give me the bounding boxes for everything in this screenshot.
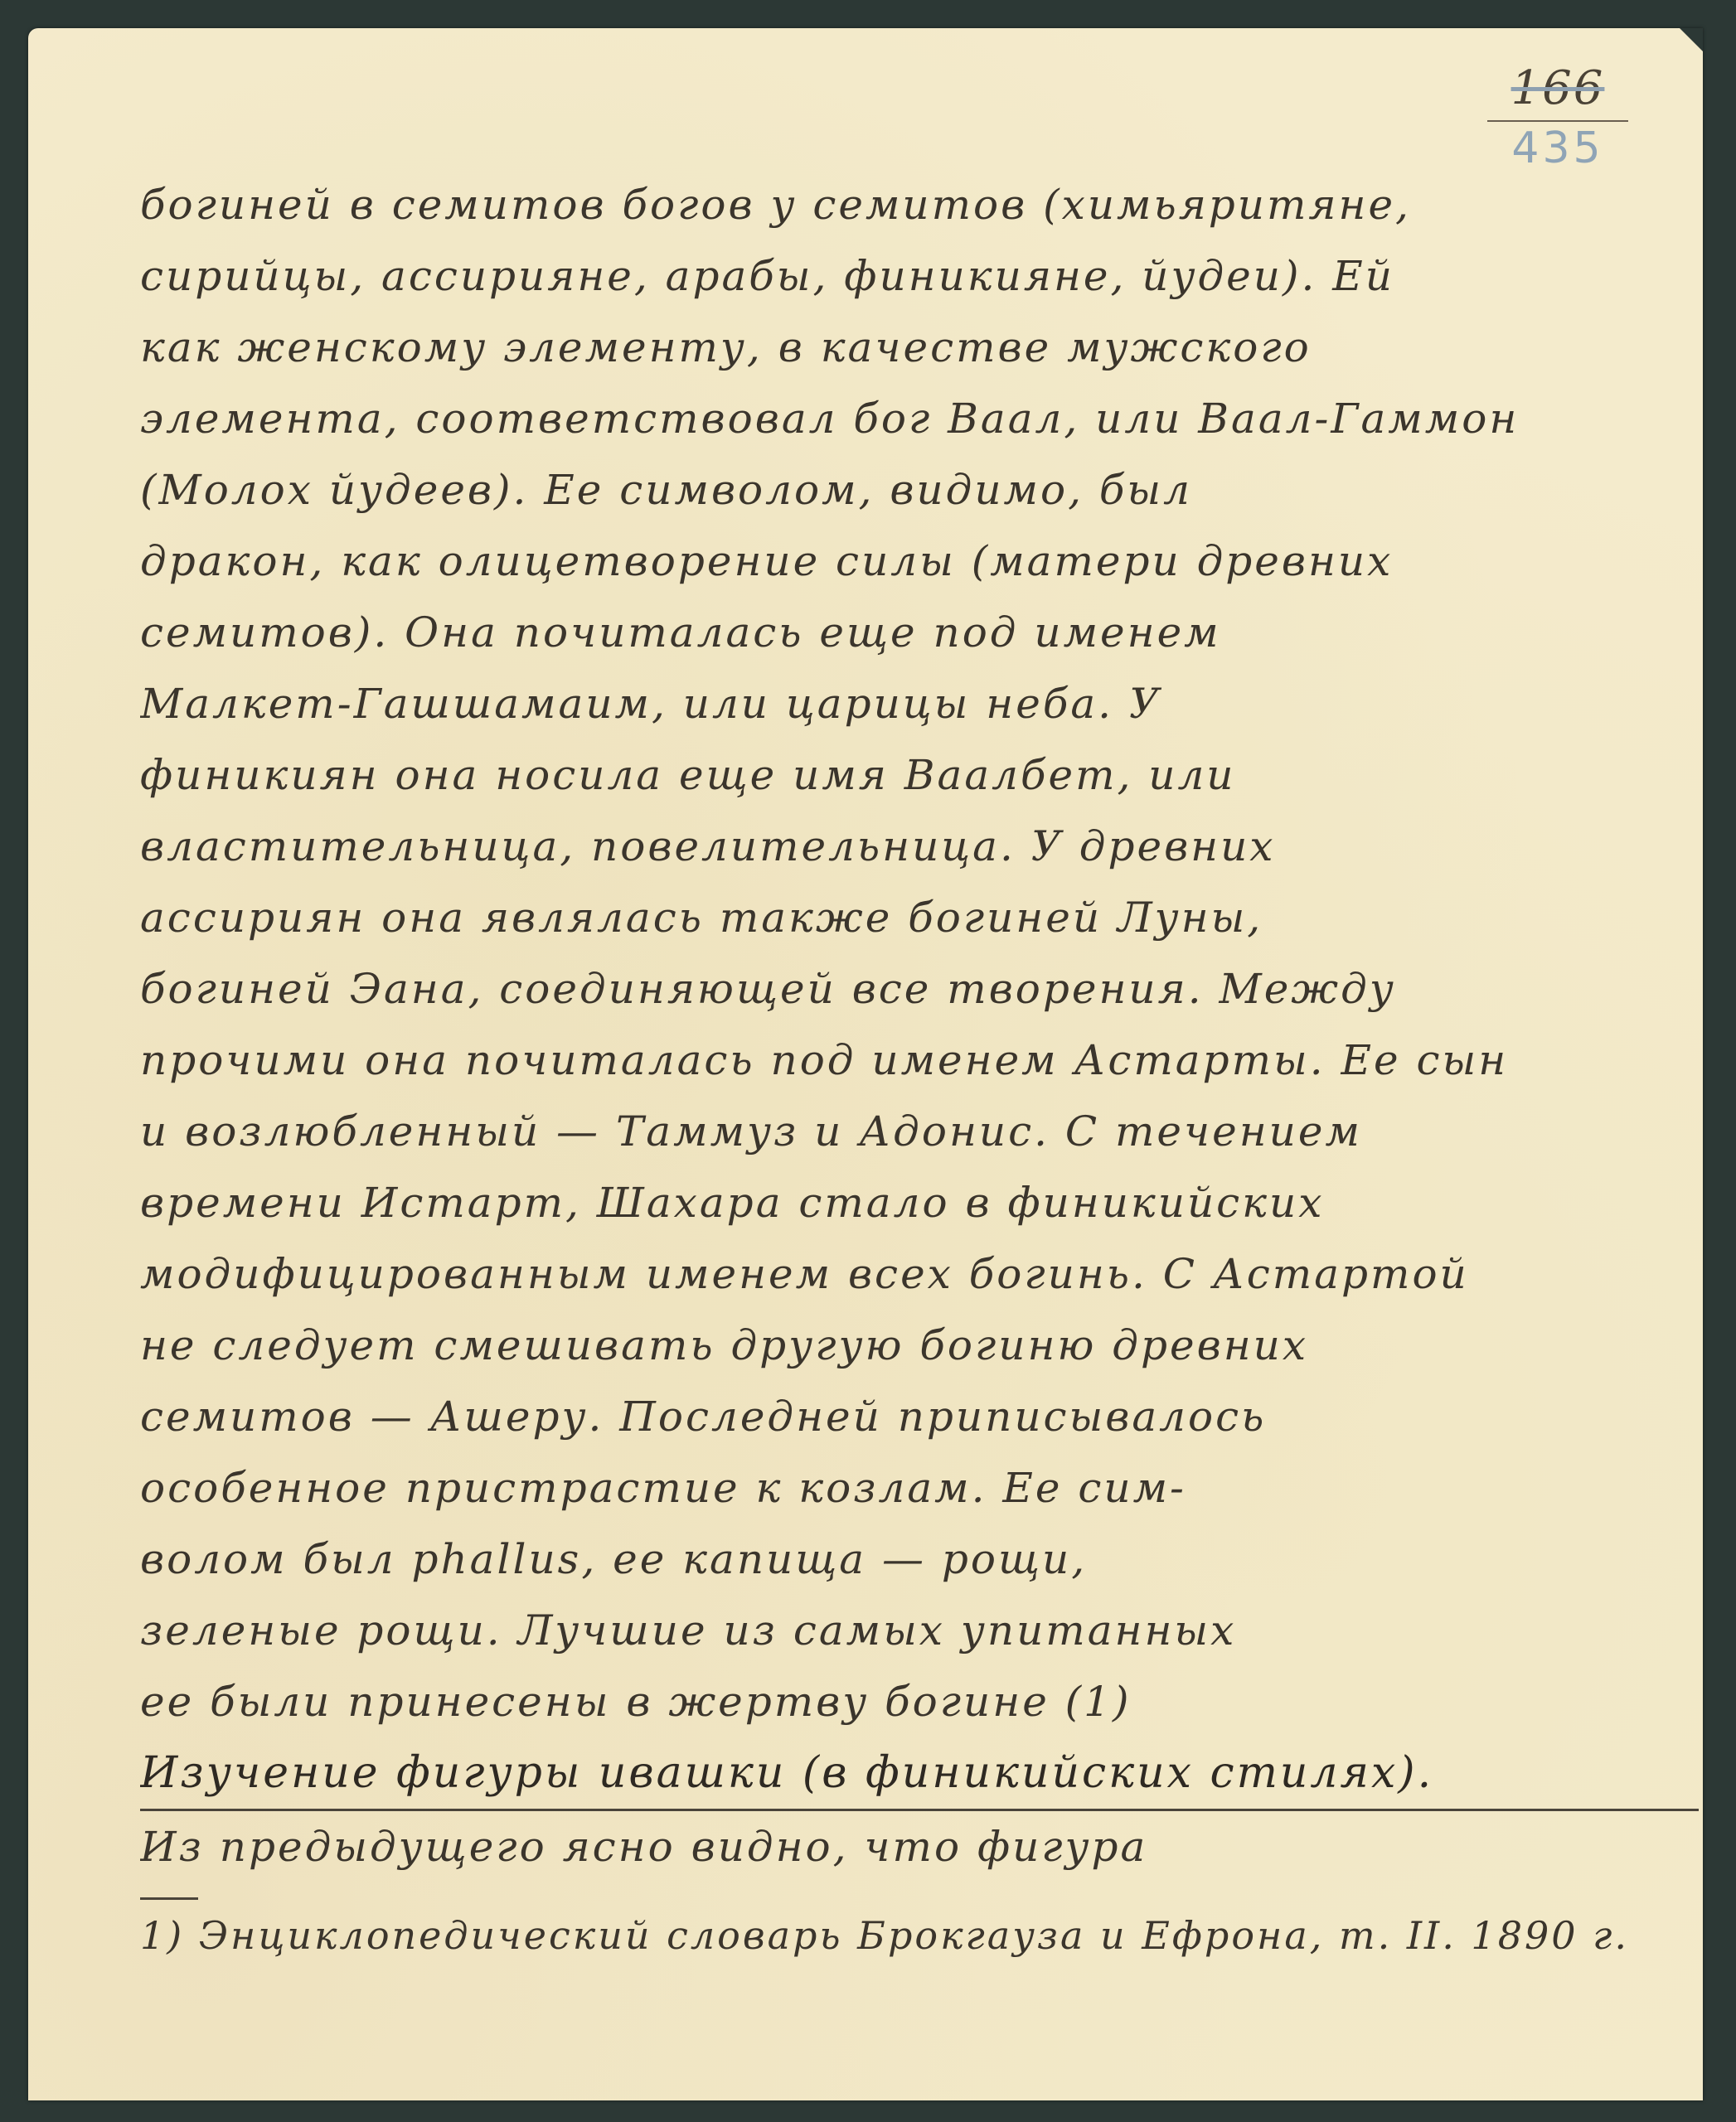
text-line: богиней в семитов богов у семитов (химья…	[140, 169, 1699, 240]
text-line: богиней Эана, соединяющей все творения. …	[140, 953, 1699, 1025]
text-line: (Молох йудеев). Ее символом, видимо, был	[140, 454, 1699, 526]
text-line: финикиян она носила еще имя Ваалбет, или	[140, 739, 1699, 811]
folio-number: 166 435	[1487, 61, 1628, 173]
text-line: Малкет-Гашшамаим, или царицы неба. У	[140, 668, 1699, 739]
manuscript-page: 166 435 богиней в семитов богов у семито…	[28, 28, 1703, 2100]
text-line: семитов). Она почиталась еще под именем	[140, 597, 1699, 668]
text-line: прочими она почиталась под именем Астарт…	[140, 1025, 1699, 1096]
text-line: и возлюбленный — Таммуз и Адонис. С тече…	[140, 1096, 1699, 1167]
folio-original-number: 166	[1487, 61, 1628, 115]
text-line: зеленые рощи. Лучшие из самых упитанных	[140, 1595, 1699, 1666]
text-line: времени Истарт, Шахара стало в финикийск…	[140, 1167, 1699, 1238]
text-line: семитов — Ашеру. Последней приписывалось	[140, 1381, 1699, 1452]
footnote: 1) Энциклопедический словарь Брокгауза и…	[140, 1900, 1699, 1971]
text-line: волом был phallus, ее капища — рощи,	[140, 1524, 1699, 1595]
text-line: ассириян она являлась также богиней Луны…	[140, 882, 1699, 953]
text-line: не следует смешивать другую богиню древн…	[140, 1310, 1699, 1381]
section-heading: Изучение фигуры ивашки (в финикийских ст…	[140, 1737, 1699, 1811]
handwritten-body: богиней в семитов богов у семитов (химья…	[140, 169, 1699, 1971]
text-line: сирийцы, ассирияне, арабы, финикияне, йу…	[140, 240, 1699, 312]
continuation-line: Из предыдущего ясно видно, что фигура	[140, 1811, 1699, 1882]
text-line: ее были принесены в жертву богине (1)	[140, 1666, 1699, 1737]
text-line: модифицированным именем всех богинь. С А…	[140, 1238, 1699, 1310]
text-line: элемента, соответствовал бог Ваал, или В…	[140, 383, 1699, 454]
text-line: властительница, повелительница. У древни…	[140, 811, 1699, 882]
folio-divider	[1487, 120, 1628, 122]
folio-current-number: 435	[1487, 124, 1628, 173]
text-line: дракон, как олицетворение силы (матери д…	[140, 526, 1699, 597]
text-line: как женскому элементу, в качестве мужско…	[140, 312, 1699, 383]
text-line: особенное пристрастие к козлам. Ее сим-	[140, 1452, 1699, 1524]
